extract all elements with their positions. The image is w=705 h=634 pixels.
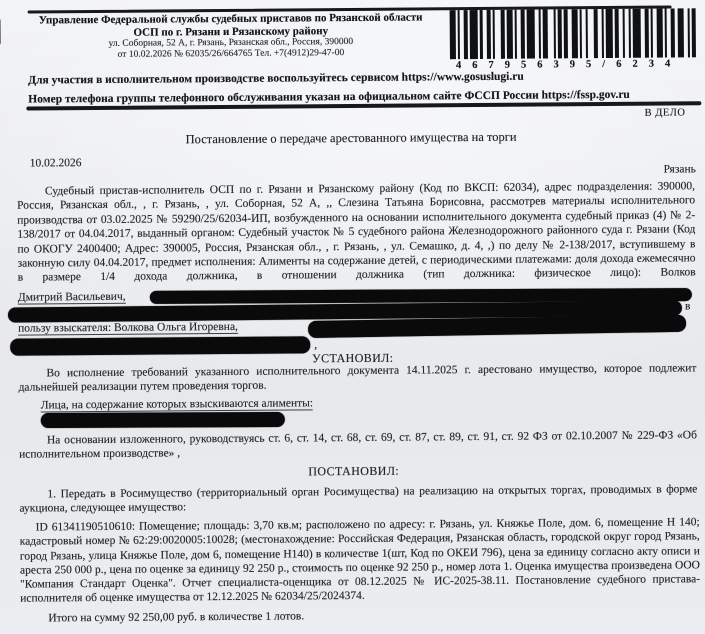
claimant-name: пользу взыскателя: Волкова Ольга Игоревн… <box>18 321 238 336</box>
debtor-name: Дмитрий Васильевич, <box>18 291 126 305</box>
transfer-paragraph: 1. Передать в Росимущество (территориаль… <box>19 482 697 516</box>
barcode-icon <box>450 8 698 59</box>
property-paragraph: ID 61341190510610: Помещение; площадь: 3… <box>20 515 701 606</box>
document-reference: от 10.02.2026 № 62035/26/664765 Тел. +7(… <box>10 47 452 61</box>
redaction-bar <box>41 412 285 428</box>
document-page: Управление Федеральной службы судебных п… <box>0 0 705 634</box>
osnovanie-paragraph: На основании изложенного, руководствуясь… <box>19 428 697 462</box>
alimony-line: Лица, на содержание которых взыскиваются… <box>41 397 313 412</box>
barcode-digits: 467956395/6234 <box>450 58 698 71</box>
conjunction-word: в <box>685 300 691 312</box>
gosuslugi-notice: Для участия в исполнительном производств… <box>28 71 524 87</box>
barcode-block: 467956395/6234 <box>450 8 698 71</box>
scan-edge-artifact <box>0 19 1 45</box>
ustanovil-paragraph: Во исполнение требований указанного испо… <box>18 361 696 395</box>
intro-paragraph: Судебный пристав-исполнитель ОСП по г. Р… <box>17 179 696 285</box>
document-city: Рязань <box>664 163 696 175</box>
document-title: Постановление о передаче арестованного и… <box>0 128 704 149</box>
postanovil-heading: ПОСТАНОВИЛ: <box>1 461 705 482</box>
v-delo-stamp: В ДЕЛО <box>645 107 686 118</box>
document-date: 10.02.2026 <box>30 157 82 169</box>
total-line: Итого на сумму 92 250,00 руб. в количест… <box>20 606 698 626</box>
letterhead: Управление Федеральной службы судебных п… <box>10 11 452 61</box>
trailing-comma: , <box>314 339 317 351</box>
